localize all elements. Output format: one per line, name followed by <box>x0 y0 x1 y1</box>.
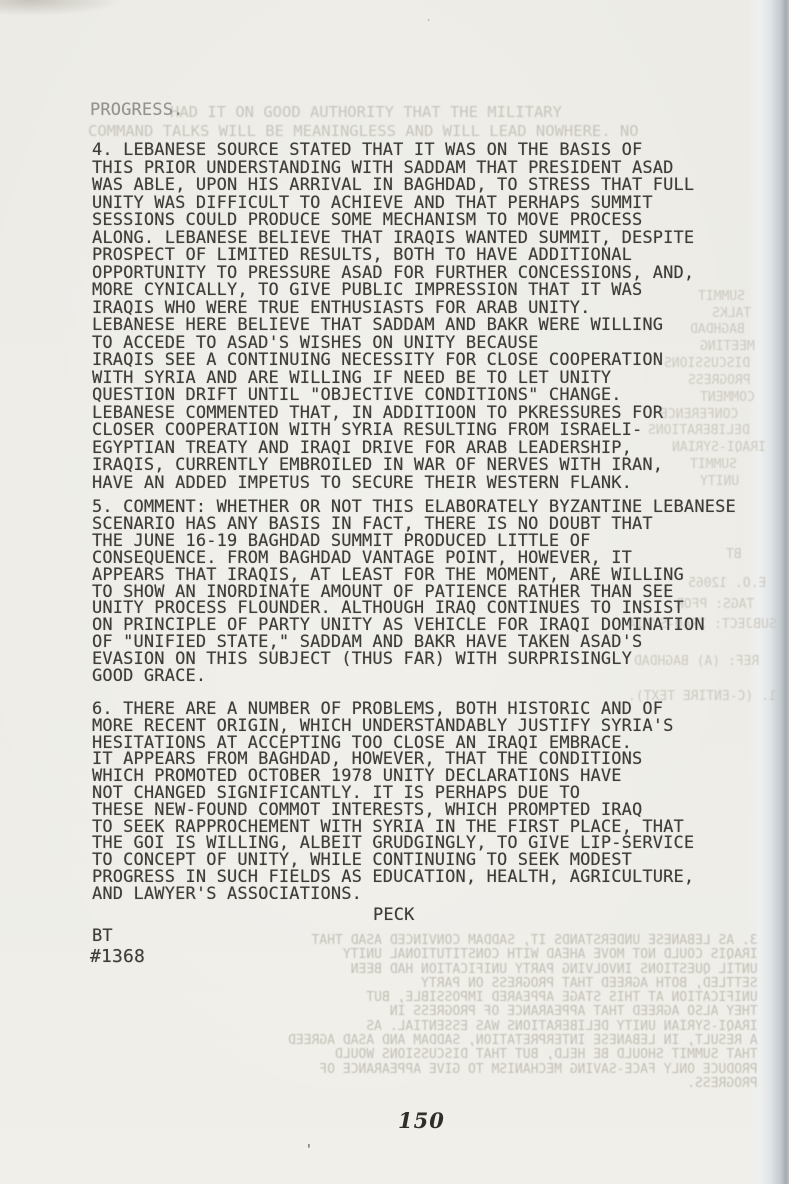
text-line: COMMENT <box>700 391 755 404</box>
text-line: UNIFICATION AT THIS STAGE APPEARED IMPOS… <box>288 991 758 1005</box>
text-line: IRAQIS SEE A CONTINUING NECESSITY FOR CL… <box>92 352 694 370</box>
text-line: SETTLED, BOTH AGREED THAT PROGRESS ON PA… <box>288 977 758 991</box>
text-line: TALKS <box>712 307 751 320</box>
text-line: 4. LEBANESE SOURCE STATED THAT IT WAS ON… <box>92 142 694 160</box>
text-line: PROSPECT OF LIMITED RESULTS, BOTH TO HAV… <box>92 247 694 265</box>
paragraph-6: 6. THERE ARE A NUMBER OF PROBLEMS, BOTH … <box>92 701 694 903</box>
paragraph-5-comment: 5. COMMENT: WHETHER OR NOT THIS ELABORAT… <box>92 499 736 685</box>
text-line: PROGRESS <box>688 374 751 387</box>
bt-marker: BT <box>92 926 113 946</box>
text-line: IRAQI-SYRIAN UNITY DELIBERATIONS WAS ESS… <box>288 1020 758 1034</box>
text-line: APPEARS THAT IRAQIS, AT LEAST FOR THE MO… <box>92 567 736 584</box>
text-line: UNTIL QUESTIONS INVOLVING PARTY UNIFICAT… <box>288 963 758 977</box>
text-line: GOOD GRACE. <box>92 668 736 685</box>
text-line: BAGHDAD <box>690 323 745 336</box>
text-line: SUMMIT <box>698 290 745 303</box>
text-line: A RESULT, IN LEBANESE INTERPRETATION, SA… <box>288 1034 758 1048</box>
text-line: LEBANESE HERE BELIEVE THAT SADDAM AND BA… <box>92 317 694 335</box>
text-line: 3. AS LEBANESE UNDERSTANDS IT, SADDAM CO… <box>288 934 758 948</box>
text-line: HAVE AN ADDED IMPETUS TO SECURE THEIR WE… <box>92 475 694 493</box>
cable-serial-number: #1368 <box>90 946 145 967</box>
text-line: QUESTION DRIFT UNTIL "OBJECTIVE CONDITIO… <box>92 387 694 405</box>
text-line: SESSIONS COULD PRODUCE SOME MECHANISM TO… <box>92 212 694 230</box>
text-line: SUMMIT <box>690 458 737 471</box>
text-line: AND LAWYER'S ASSOCIATIONS. <box>92 886 694 903</box>
text-line: THEY ALSO AGREED THAT APPEARANCE OF PROG… <box>288 1005 758 1019</box>
header-fragment-progress: PROGRESS. <box>90 100 183 120</box>
text-line: PRODUCE ONLY FACE-SAVING MECHANISM TO GI… <box>288 1063 758 1077</box>
text-line: WAS ABLE, UPON HIS ARRIVAL IN BAGHDAD, T… <box>92 177 694 195</box>
text-line: IRAQIS COULD NOT MOVE AHEAD WITH CONSTIT… <box>288 948 758 962</box>
text-line: THAT SUMMIT SHOULD BE HELD, BUT THAT DIS… <box>288 1048 758 1062</box>
text-line: IRAQIS, CURRENTLY EMBROILED IN WAR OF NE… <box>92 457 694 475</box>
scanned-cable-page: ` HAD IT ON GOOD AUTHORITY THAT THE MILI… <box>0 0 789 1184</box>
text-line: CLOSER COOPERATION WITH SYRIA RESULTING … <box>92 422 694 440</box>
text-line: PROGRESS. <box>288 1077 758 1091</box>
signature-peck: PECK <box>373 905 415 925</box>
paragraph-4: 4. LEBANESE SOURCE STATED THAT IT WAS ON… <box>92 142 694 492</box>
page-number: 150 <box>398 1108 445 1133</box>
showthrough-bottom-block-mirrored: 3. AS LEBANESE UNDERSTANDS IT, SADDAM CO… <box>288 934 758 1091</box>
text-line: UNITY <box>700 475 739 488</box>
stray-apostrophe-mark: ' <box>305 1146 313 1156</box>
text-line: MORE CYNICALLY, TO GIVE PUBLIC IMPRESSIO… <box>92 282 694 300</box>
text-line: MEETING <box>700 340 755 353</box>
